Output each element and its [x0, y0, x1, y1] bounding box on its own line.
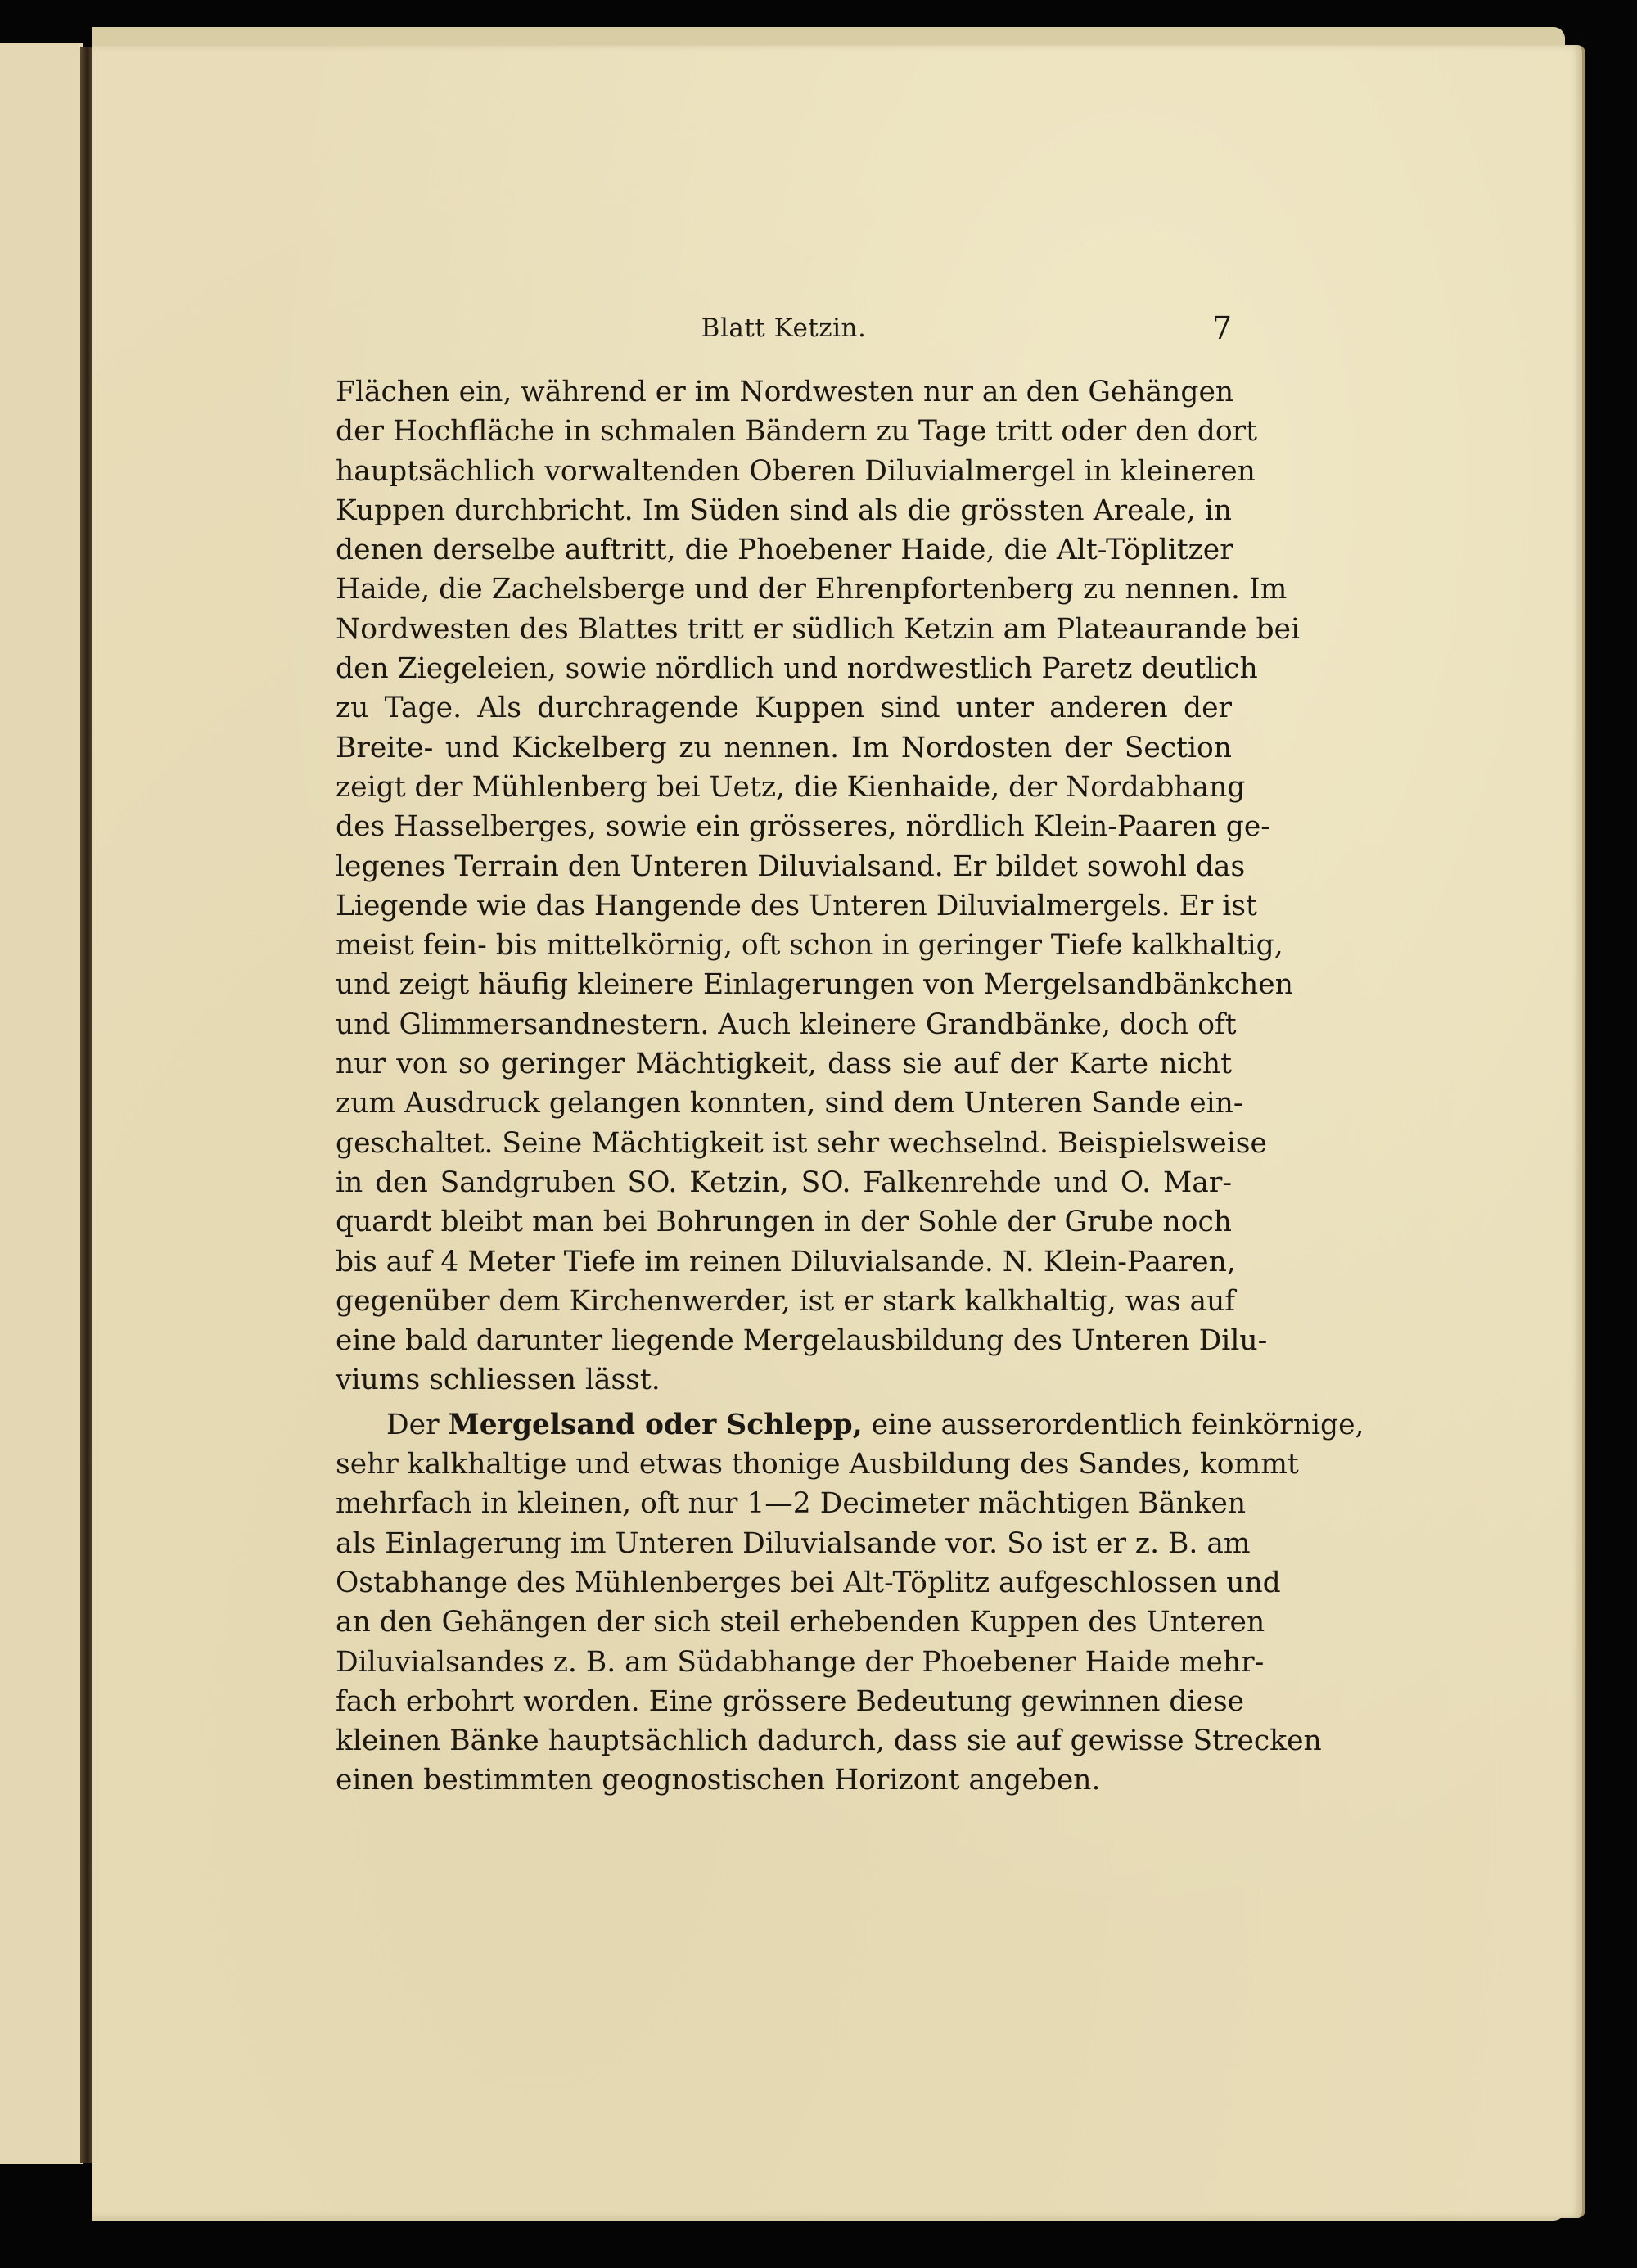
paragraph-2: Der Mergelsand oder Schlepp, eine ausser… [336, 1405, 1232, 1801]
text-line: Kuppen durchbricht. Im Süden sind als di… [336, 491, 1232, 530]
text-line: mehrfach in kleinen, oft nur 1—2 Decimet… [336, 1484, 1232, 1523]
text-line: als Einlagerung im Unteren Diluvialsande… [336, 1524, 1232, 1563]
running-head: Blatt Ketzin. 7 [336, 313, 1232, 354]
line-rest: eine ausserordentlich feinkörnige, [863, 1409, 1364, 1441]
text-line: sehr kalkhaltige und etwas thonige Ausbi… [336, 1445, 1232, 1484]
paragraph-1: Flächen ein, während er im Nordwesten nu… [336, 372, 1232, 1400]
text-line: bis auf 4 Meter Tiefe im reinen Diluvial… [336, 1242, 1232, 1282]
text-line: Diluvialsandes z. B. am Südabhange der P… [336, 1643, 1232, 1682]
text-line: nur von so geringer Mächtigkeit, dass si… [336, 1044, 1232, 1084]
text-line: und Glimmersandnestern. Auch kleinere Gr… [336, 1005, 1232, 1044]
running-title: Blatt Ketzin. [336, 313, 1232, 343]
text-line: Haide, die Zachelsberge und der Ehrenpfo… [336, 570, 1232, 609]
text-line: fach erbohrt worden. Eine grössere Bedeu… [336, 1682, 1232, 1721]
line-prefix: Der [386, 1409, 449, 1441]
text-line: legenes Terrain den Unteren Diluvialsand… [336, 847, 1232, 886]
body-text: Flächen ein, während er im Nordwesten nu… [336, 372, 1232, 1801]
text-line: an den Gehängen der sich steil erhebende… [336, 1603, 1232, 1642]
text-line: Flächen ein, während er im Nordwesten nu… [336, 372, 1232, 412]
text-line: kleinen Bänke hauptsächlich dadurch, das… [336, 1721, 1232, 1761]
bold-term: Mergelsand oder Schlepp, [449, 1409, 863, 1441]
text-line: zeigt der Mühlenberg bei Uetz, die Kienh… [336, 768, 1232, 807]
text-line: meist fein- bis mittelkörnig, oft schon … [336, 926, 1232, 965]
page-number: 7 [1212, 310, 1232, 346]
text-line: Liegende wie das Hangende des Unteren Di… [336, 886, 1232, 926]
text-line: viums schliessen lässt. [336, 1360, 1232, 1400]
text-line: Breite- und Kickelberg zu nennen. Im Nor… [336, 728, 1232, 768]
text-line: des Hasselberges, sowie ein grösseres, n… [336, 807, 1232, 846]
text-line: Ostabhange des Mühlenberges bei Alt-Töpl… [336, 1563, 1232, 1603]
text-line: geschaltet. Seine Mächtigkeit ist sehr w… [336, 1124, 1232, 1163]
text-line: und zeigt häufig kleinere Einlagerungen … [336, 965, 1232, 1004]
text-line: den Ziegeleien, sowie nördlich und nordw… [336, 649, 1232, 688]
text-line: zum Ausdruck gelangen konnten, sind dem … [336, 1084, 1232, 1123]
text-line: der Hochfläche in schmalen Bändern zu Ta… [336, 412, 1232, 451]
text-line: hauptsächlich vorwaltenden Oberen Diluvi… [336, 452, 1232, 491]
text-line: eine bald darunter liegende Mergelausbil… [336, 1321, 1232, 1360]
text-line: in den Sandgruben SO. Ketzin, SO. Falken… [336, 1163, 1232, 1202]
text-line: zu Tage. Als durchragende Kuppen sind un… [336, 688, 1232, 728]
text-line: Nordwesten des Blattes tritt er südlich … [336, 610, 1232, 649]
text-line: quardt bleibt man bei Bohrungen in der S… [336, 1202, 1232, 1242]
facing-page-edge [0, 43, 83, 2164]
text-line: einen bestimmten geognostischen Horizont… [336, 1761, 1232, 1800]
text-line: gegenüber dem Kirchenwerder, ist er star… [336, 1282, 1232, 1321]
text-line: denen derselbe auftritt, die Phoebener H… [336, 530, 1232, 570]
text-line-first: Der Mergelsand oder Schlepp, eine ausser… [336, 1405, 1232, 1445]
